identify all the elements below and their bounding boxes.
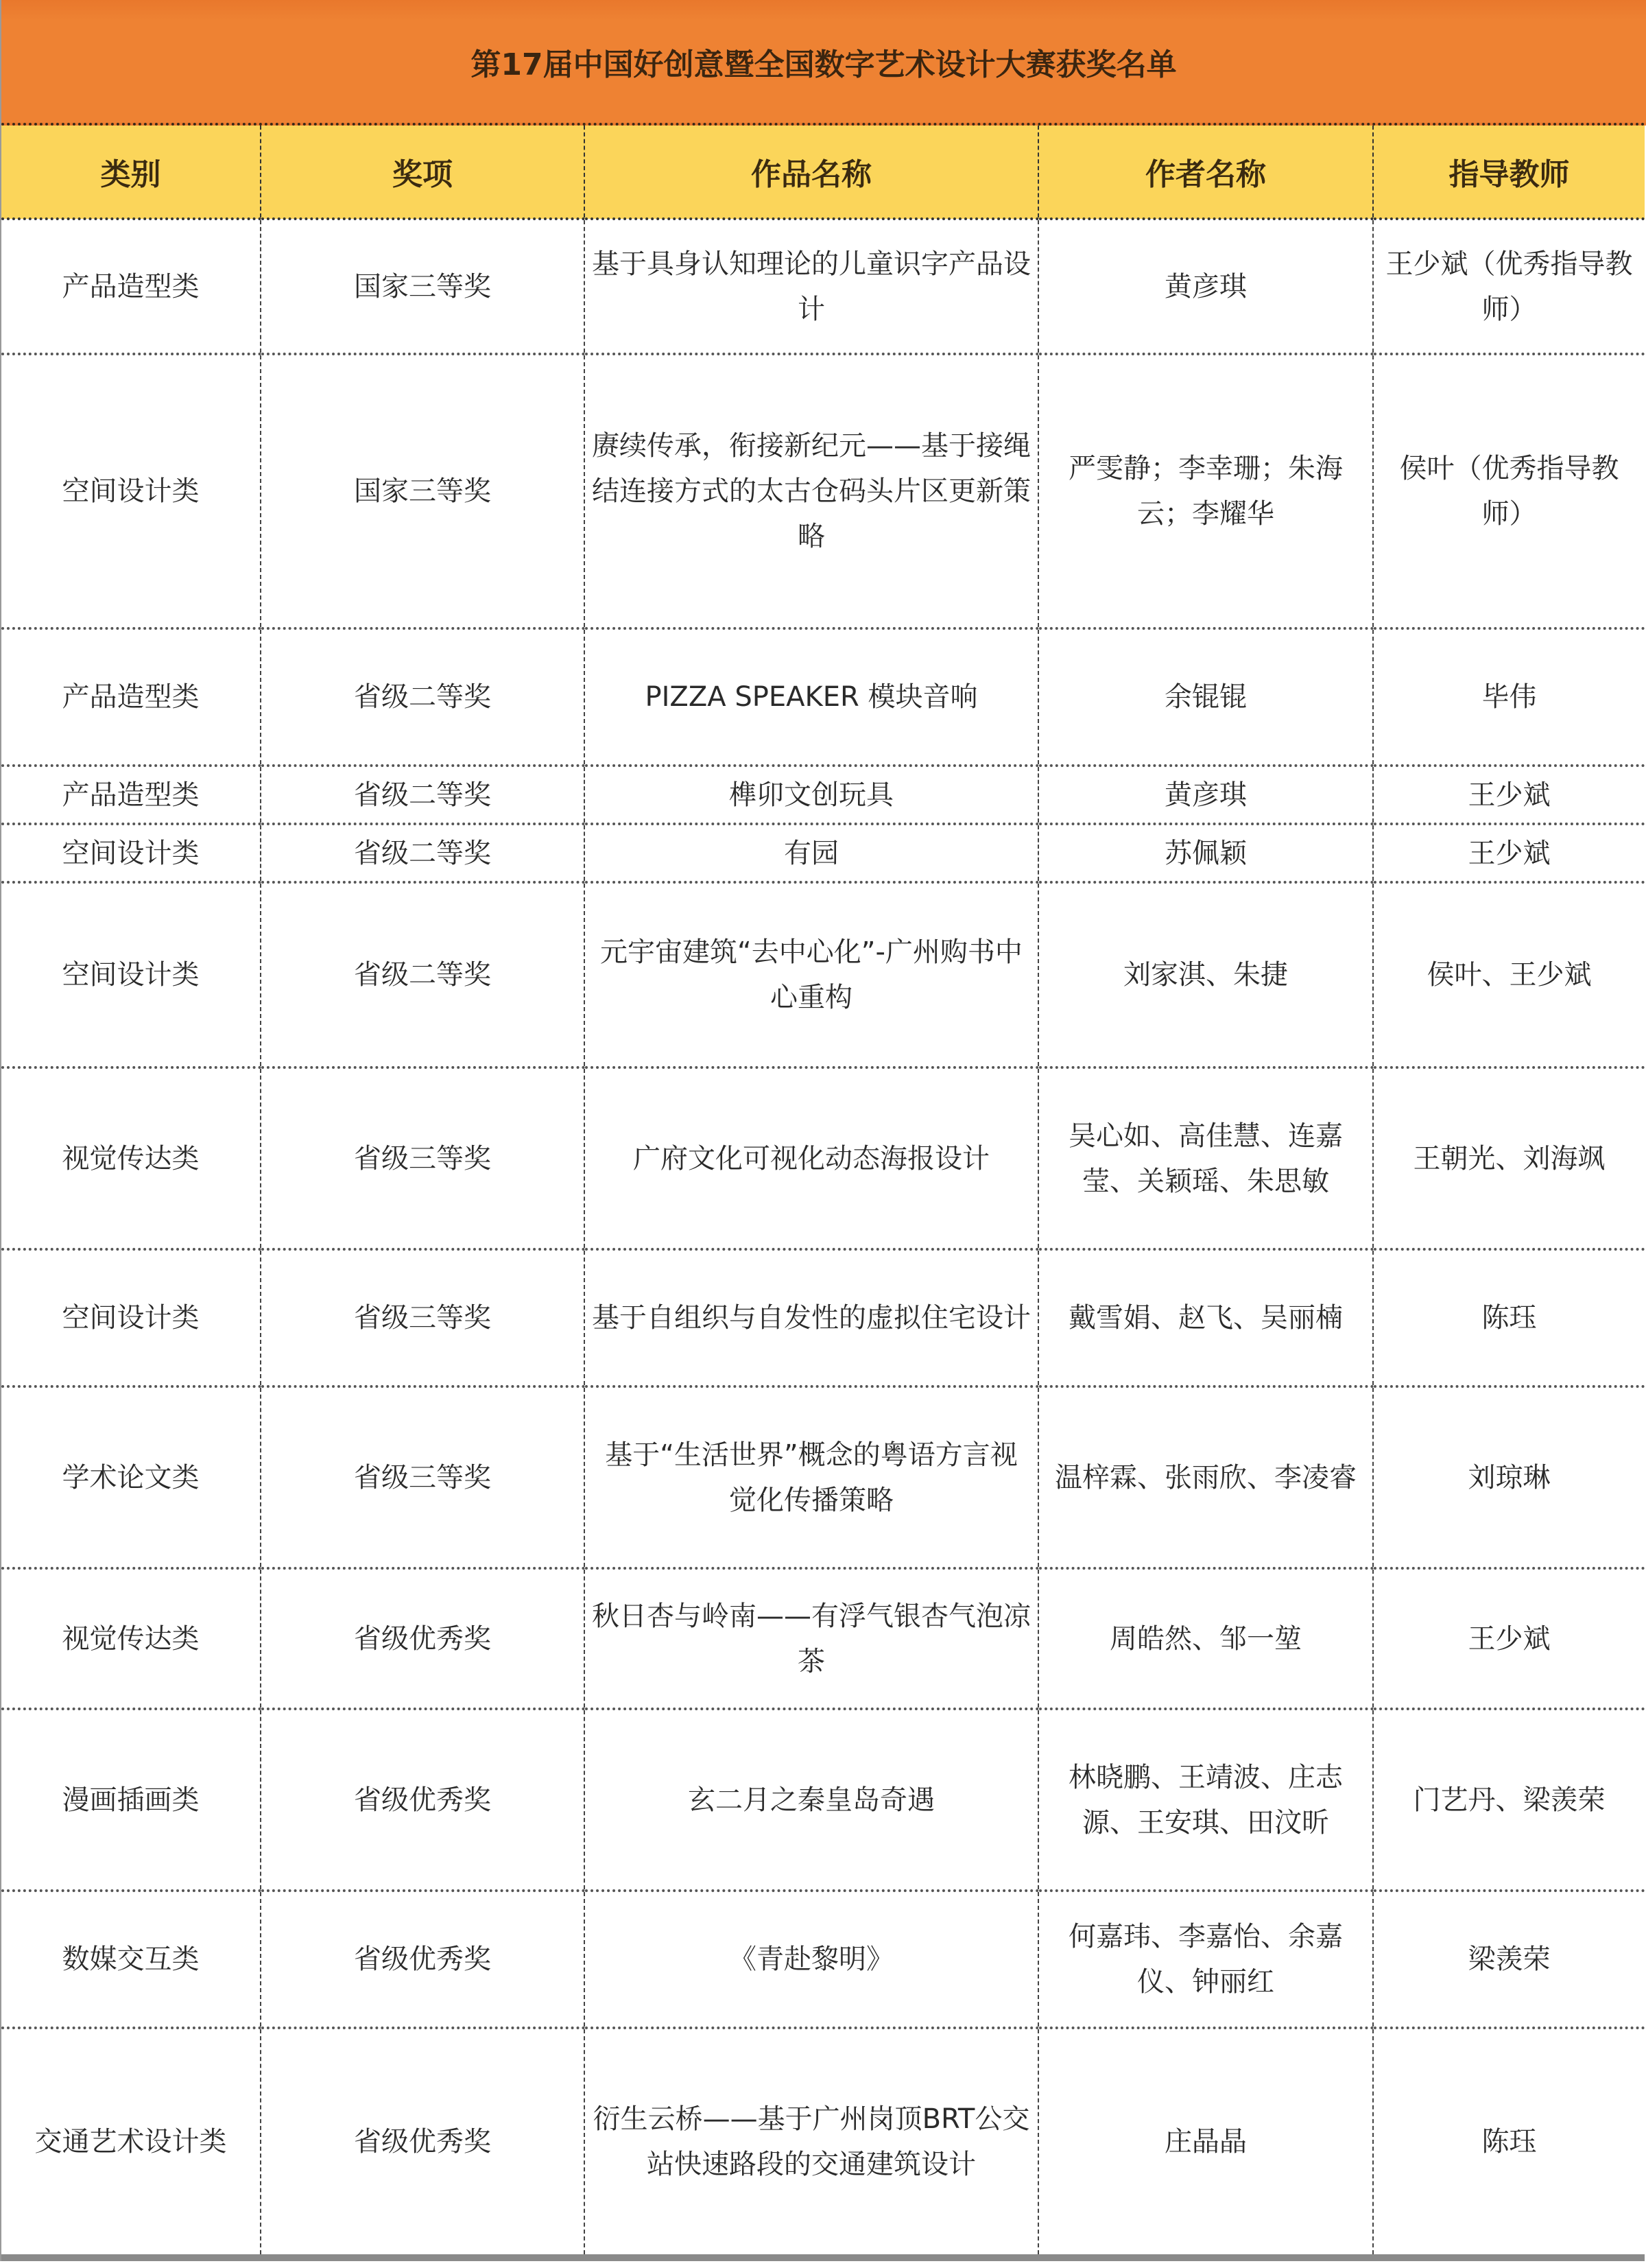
cell-advisor: 侯叶（优秀指导教师） (1373, 354, 1645, 628)
cell-advisor: 王少斌 (1373, 1568, 1645, 1709)
cell-category: 学术论文类 (1, 1386, 261, 1568)
cell-advisor: 毕伟 (1373, 628, 1645, 766)
cell-award: 省级二等奖 (261, 628, 584, 766)
cell-authors: 刘家淇、朱捷 (1038, 882, 1373, 1067)
cell-advisor: 刘琼琳 (1373, 1386, 1645, 1568)
cell-category: 交通艺术设计类 (1, 2028, 261, 2258)
cell-work-title: 秋日杏与岭南——有浮气银杏气泡凉茶 (584, 1568, 1038, 1709)
cell-work-title: 赓续传承，衔接新纪元——基于接绳结连接方式的太古仓码头片区更新策略 (584, 354, 1038, 628)
column-header-advisor: 指导教师 (1373, 126, 1645, 219)
cell-advisor: 陈珏 (1373, 1249, 1645, 1386)
cell-award: 国家三等奖 (261, 219, 584, 354)
table-row: 学术论文类省级三等奖基于“生活世界”概念的粤语方言视觉化传播策略温梓霖、张雨欣、… (1, 1386, 1645, 1568)
cell-advisor: 王少斌 (1373, 824, 1645, 882)
award-table: 类别 奖项 作品名称 作者名称 指导教师 产品造型类国家三等奖基于具身认知理论的… (1, 126, 1645, 2261)
cell-authors: 黄彦琪 (1038, 219, 1373, 354)
cell-award: 省级三等奖 (261, 1067, 584, 1249)
page-title: 第17届中国好创意暨全国数字艺术设计大赛获奖名单 (470, 40, 1176, 84)
cell-work-title: 榫卯文创玩具 (584, 766, 1038, 824)
cell-advisor: 侯叶、王少斌 (1373, 882, 1645, 1067)
table-row: 产品造型类省级二等奖PIZZA SPEAKER 模块音响余锟锟毕伟 (1, 628, 1645, 766)
cell-category: 产品造型类 (1, 219, 261, 354)
cell-category: 产品造型类 (1, 628, 261, 766)
table-row: 漫画插画类省级优秀奖玄二月之秦皇岛奇遇林晓鹏、王靖波、庄志源、王安琪、田汶昕门艺… (1, 1709, 1645, 1891)
title-bar: 第17届中国好创意暨全国数字艺术设计大赛获奖名单 (1, 0, 1646, 126)
cell-award: 省级二等奖 (261, 824, 584, 882)
cell-category: 视觉传达类 (1, 1568, 261, 1709)
cell-authors: 温梓霖、张雨欣、李凌睿 (1038, 1386, 1373, 1568)
cell-category: 空间设计类 (1, 1249, 261, 1386)
cell-category: 漫画插画类 (1, 1709, 261, 1891)
cell-category: 空间设计类 (1, 354, 261, 628)
cell-work-title: 元宇宙建筑“去中心化”-广州购书中心重构 (584, 882, 1038, 1067)
table-row: 交通艺术设计类省级优秀奖衍生云桥——基于广州岗顶BRT公交站快速路段的交通建筑设… (1, 2028, 1645, 2258)
cell-award: 国家三等奖 (261, 354, 584, 628)
cell-work-title: 《青赴黎明》 (584, 1891, 1038, 2028)
cell-advisor: 王少斌 (1373, 766, 1645, 824)
cell-advisor: 门艺丹、梁羡荣 (1373, 1709, 1645, 1891)
cell-work-title: 基于具身认知理论的儿童识字产品设计 (584, 219, 1038, 354)
cell-work-title: 玄二月之秦皇岛奇遇 (584, 1709, 1038, 1891)
cell-work-title: 衍生云桥——基于广州岗顶BRT公交站快速路段的交通建筑设计 (584, 2028, 1038, 2258)
cell-authors: 周皓然、邹一堃 (1038, 1568, 1373, 1709)
cell-advisor: 王少斌（优秀指导教师） (1373, 219, 1645, 354)
cell-work-title: 有园 (584, 824, 1038, 882)
cell-category: 空间设计类 (1, 882, 261, 1067)
cell-category: 数媒交互类 (1, 1891, 261, 2028)
cell-work-title: 基于自组织与自发性的虚拟住宅设计 (584, 1249, 1038, 1386)
cell-award: 省级优秀奖 (261, 1709, 584, 1891)
table-row: 空间设计类国家三等奖赓续传承，衔接新纪元——基于接绳结连接方式的太古仓码头片区更… (1, 354, 1645, 628)
cell-authors: 吴心如、高佳慧、连嘉莹、关颖瑶、朱思敏 (1038, 1067, 1373, 1249)
cell-authors: 严雯静；李幸珊；朱海云；李耀华 (1038, 354, 1373, 628)
cell-authors: 黄彦琪 (1038, 766, 1373, 824)
cell-work-title: PIZZA SPEAKER 模块音响 (584, 628, 1038, 766)
column-header-award: 奖项 (261, 126, 584, 219)
cell-award: 省级二等奖 (261, 766, 584, 824)
header-row: 类别 奖项 作品名称 作者名称 指导教师 (1, 126, 1645, 219)
cell-award: 省级优秀奖 (261, 2028, 584, 2258)
cell-award: 省级三等奖 (261, 1249, 584, 1386)
cell-work-title: 广府文化可视化动态海报设计 (584, 1067, 1038, 1249)
cell-award: 省级二等奖 (261, 882, 584, 1067)
cell-authors: 庄晶晶 (1038, 2028, 1373, 2258)
column-header-work-title: 作品名称 (584, 126, 1038, 219)
table-row: 视觉传达类省级三等奖广府文化可视化动态海报设计吴心如、高佳慧、连嘉莹、关颖瑶、朱… (1, 1067, 1645, 1249)
award-list-document: 第17届中国好创意暨全国数字艺术设计大赛获奖名单 类别 奖项 作品名称 作者名称… (0, 0, 1646, 2261)
table-row: 空间设计类省级二等奖元宇宙建筑“去中心化”-广州购书中心重构刘家淇、朱捷侯叶、王… (1, 882, 1645, 1067)
column-header-authors: 作者名称 (1038, 126, 1373, 219)
cell-work-title: 基于“生活世界”概念的粤语方言视觉化传播策略 (584, 1386, 1038, 1568)
table-row: 空间设计类省级三等奖基于自组织与自发性的虚拟住宅设计戴雪娟、赵飞、吴丽楠陈珏 (1, 1249, 1645, 1386)
cell-category: 空间设计类 (1, 824, 261, 882)
cell-authors: 苏佩颖 (1038, 824, 1373, 882)
cell-award: 省级优秀奖 (261, 1891, 584, 2028)
cell-advisor: 梁羡荣 (1373, 1891, 1645, 2028)
table-row: 产品造型类国家三等奖基于具身认知理论的儿童识字产品设计黄彦琪王少斌（优秀指导教师… (1, 219, 1645, 354)
cell-advisor: 陈珏 (1373, 2028, 1645, 2258)
cell-advisor: 王朝光、刘海飒 (1373, 1067, 1645, 1249)
cell-award: 省级优秀奖 (261, 1568, 584, 1709)
column-header-category: 类别 (1, 126, 261, 219)
cell-authors: 余锟锟 (1038, 628, 1373, 766)
table-row: 数媒交互类省级优秀奖《青赴黎明》何嘉玮、李嘉怡、余嘉仪、钟丽红梁羡荣 (1, 1891, 1645, 2028)
table-row: 空间设计类省级二等奖有园苏佩颖王少斌 (1, 824, 1645, 882)
cell-category: 产品造型类 (1, 766, 261, 824)
cell-authors: 何嘉玮、李嘉怡、余嘉仪、钟丽红 (1038, 1891, 1373, 2028)
cell-authors: 林晓鹏、王靖波、庄志源、王安琪、田汶昕 (1038, 1709, 1373, 1891)
cell-authors: 戴雪娟、赵飞、吴丽楠 (1038, 1249, 1373, 1386)
table-row: 视觉传达类省级优秀奖秋日杏与岭南——有浮气银杏气泡凉茶周皓然、邹一堃王少斌 (1, 1568, 1645, 1709)
cell-award: 省级三等奖 (261, 1386, 584, 1568)
table-row: 产品造型类省级二等奖榫卯文创玩具黄彦琪王少斌 (1, 766, 1645, 824)
cell-category: 视觉传达类 (1, 1067, 261, 1249)
